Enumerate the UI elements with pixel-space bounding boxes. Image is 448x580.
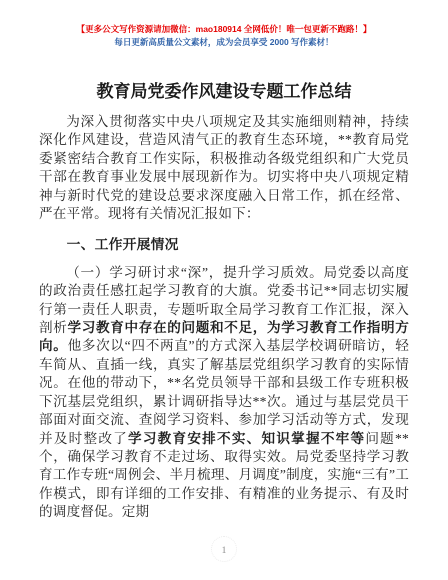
page-footer: 1 — [0, 534, 448, 564]
page-number-watermark: 1 — [209, 534, 239, 564]
promo-header-line2: 每日更新高质量公文素材，成为会员享受 2000 写作素材！ — [0, 36, 448, 49]
text-run: 他多次以“四不两直”的方式深入基层学校调研暗访，轻车简从、直插一线，真实了解基层… — [39, 338, 409, 445]
section-heading: 一、工作开展情况 — [39, 236, 409, 254]
body-paragraph: 为深入贯彻落实中央八项规定及其实施细则精神，持续深化作风建设，营造风清气正的教育… — [39, 113, 409, 223]
text-run: 学习教育安排不实、知识掌握不牢等 — [128, 431, 365, 446]
text-run: 一、工作开展情况 — [67, 237, 179, 252]
text-run: 为深入贯彻落实中央八项规定及其实施细则精神，持续深化作风建设，营造风清气正的教育… — [39, 114, 409, 221]
page-number: 1 — [222, 546, 227, 556]
document-page: 【更多公文写作资源请加微信：mao180914 全网低价！唯一包更新不跑路！】 … — [0, 0, 448, 580]
promo-header: 【更多公文写作资源请加微信：mao180914 全网低价！唯一包更新不跑路！】 … — [0, 0, 448, 48]
promo-header-line1: 【更多公文写作资源请加微信：mao180914 全网低价！唯一包更新不跑路！】 — [0, 23, 448, 36]
body-paragraph: （一）学习研讨求“深”，提升学习质效。局党委以高度的政治责任感扛起学习教育的大旗… — [39, 264, 409, 522]
paragraphs: 为深入贯彻落实中央八项规定及其实施细则精神，持续深化作风建设，营造风清气正的教育… — [0, 113, 448, 522]
document-title: 教育局党委作风建设专题工作总结 — [40, 81, 408, 103]
